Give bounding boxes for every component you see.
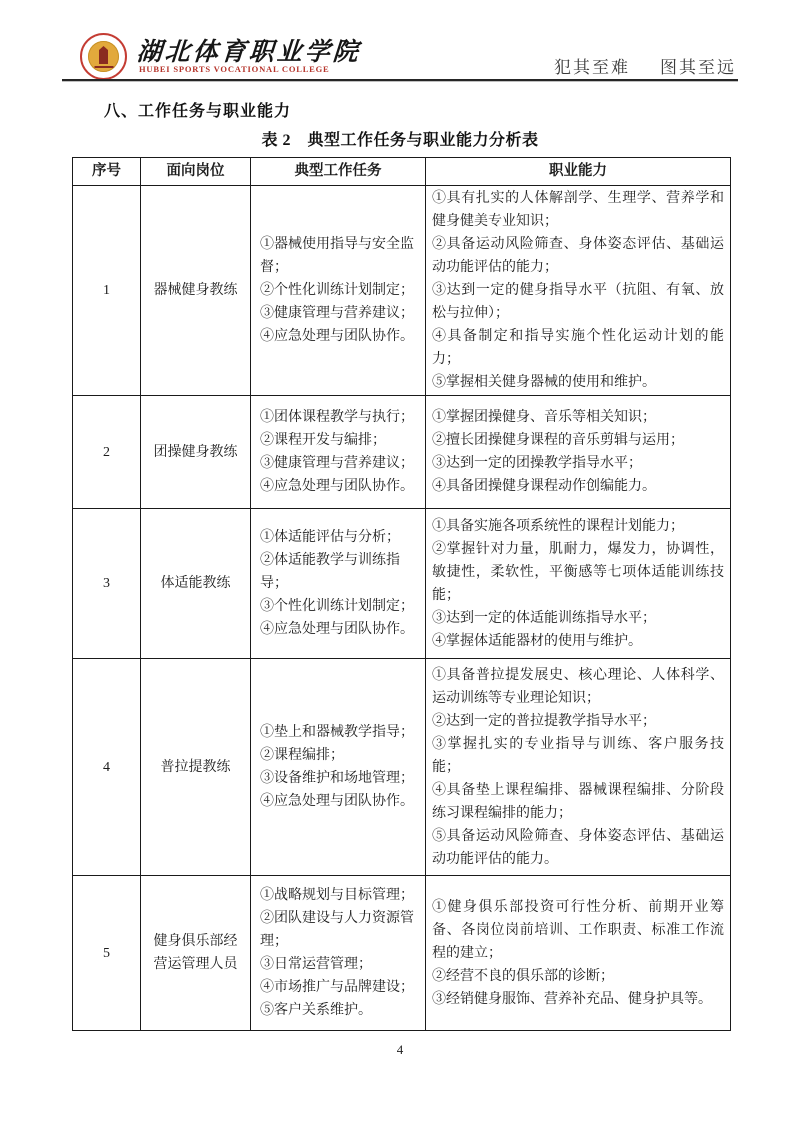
table-title: 表 2 典型工作任务与职业能力分析表 — [0, 127, 800, 150]
cell-seq: 4 — [73, 659, 141, 876]
cell-tasks: ①器械使用指导与安全监督； ②个性化训练计划制定； ③健康管理与营养建议； ④应… — [251, 186, 426, 396]
cell-tasks: ①体适能评估与分析； ②体适能教学与训练指导； ③个性化训练计划制定； ④应急处… — [251, 509, 426, 659]
table-row: 4 普拉提教练 ①垫上和器械教学指导； ②课程编排； ③设备维护和场地管理； ④… — [73, 659, 731, 876]
logo-base-shape — [94, 66, 113, 68]
cell-tasks: ①团体课程教学与执行； ②课程开发与编排； ③健康管理与营养建议； ④应急处理与… — [251, 396, 426, 509]
college-name-cn: 湖北体育职业学院 — [136, 32, 363, 68]
cell-post: 器械健身教练 — [141, 186, 251, 396]
cell-abilities: ①具有扎实的人体解剖学、生理学、营养学和健身健美专业知识； ②具备运动风险筛查、… — [426, 186, 731, 396]
table-header-row: 序号 面向岗位 典型工作任务 职业能力 — [73, 158, 731, 186]
cell-seq: 1 — [73, 186, 141, 396]
cell-abilities: ①具备普拉提发展史、核心理论、人体科学、运动训练等专业理论知识； ②达到一定的普… — [426, 659, 731, 876]
cell-seq: 2 — [73, 396, 141, 509]
table-row: 3 体适能教练 ①体适能评估与分析； ②体适能教学与训练指导； ③个性化训练计划… — [73, 509, 731, 659]
col-header-abilities: 职业能力 — [426, 158, 731, 186]
cell-abilities: ①掌握团操健身、音乐等相关知识； ②擅长团操健身课程的音乐剪辑与运用； ③达到一… — [426, 396, 731, 509]
cell-post: 健身俱乐部经营运管理人员 — [141, 876, 251, 1031]
col-header-tasks: 典型工作任务 — [251, 158, 426, 186]
analysis-table: 序号 面向岗位 典型工作任务 职业能力 1 器械健身教练 ①器械使用指导与安全监… — [72, 157, 731, 1031]
logo-gold-disc — [88, 41, 119, 72]
col-header-post: 面向岗位 — [141, 158, 251, 186]
cell-post: 普拉提教练 — [141, 659, 251, 876]
cell-seq: 5 — [73, 876, 141, 1031]
cell-post: 体适能教练 — [141, 509, 251, 659]
college-name-en: HUBEI SPORTS VOCATIONAL COLLEGE — [139, 64, 330, 74]
page-number: 4 — [0, 1042, 800, 1058]
cell-abilities: ①具备实施各项系统性的课程计划能力； ②掌握针对力量，肌耐力，爆发力，协调性，敏… — [426, 509, 731, 659]
college-logo-icon — [80, 33, 127, 80]
cell-abilities: ①健身俱乐部投资可行性分析、前期开业筹备、各岗位岗前培训、工作职责、标准工作流程… — [426, 876, 731, 1031]
cell-tasks: ①垫上和器械教学指导； ②课程编排； ③设备维护和场地管理； ④应急处理与团队协… — [251, 659, 426, 876]
motto-left: 犯其至难 — [554, 53, 630, 78]
table-row: 2 团操健身教练 ①团体课程教学与执行； ②课程开发与编排； ③健康管理与营养建… — [73, 396, 731, 509]
table-row: 5 健身俱乐部经营运管理人员 ①战略规划与目标管理； ②团队建设与人力资源管理；… — [73, 876, 731, 1031]
logo-tower-shape — [96, 46, 111, 64]
cell-tasks: ①战略规划与目标管理； ②团队建设与人力资源管理； ③日常运营管理； ④市场推广… — [251, 876, 426, 1031]
college-motto: 犯其至难 图其至远 — [554, 53, 736, 78]
table-row: 1 器械健身教练 ①器械使用指导与安全监督； ②个性化训练计划制定； ③健康管理… — [73, 186, 731, 396]
col-header-seq: 序号 — [73, 158, 141, 186]
header-divider — [62, 79, 738, 82]
motto-right: 图其至远 — [660, 53, 736, 78]
cell-seq: 3 — [73, 509, 141, 659]
section-heading: 八、工作任务与职业能力 — [104, 98, 291, 121]
document-page: 湖北体育职业学院 HUBEI SPORTS VOCATIONAL COLLEGE… — [0, 0, 800, 1131]
cell-post: 团操健身教练 — [141, 396, 251, 509]
